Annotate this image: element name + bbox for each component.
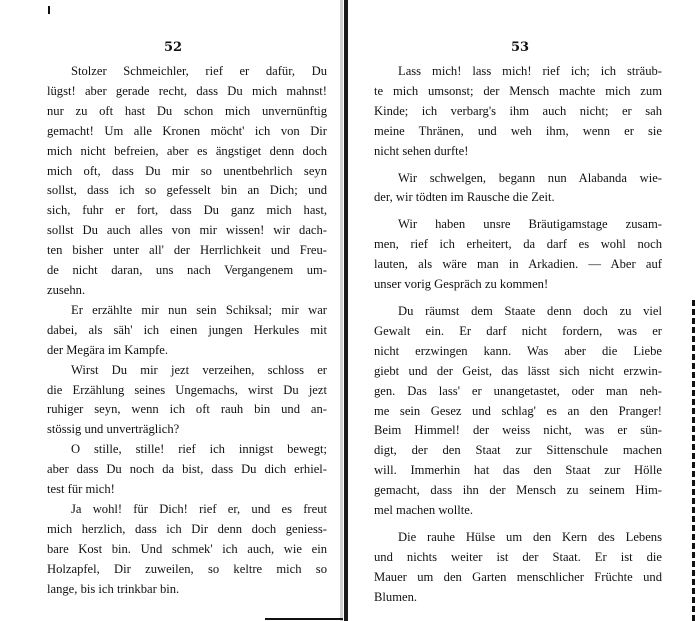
- paragraph-gap: [374, 208, 662, 215]
- text-line: und nichts weiter ist der Staat. Er ist …: [374, 548, 662, 568]
- page-number: 53: [500, 40, 540, 55]
- paragraph-gap: [374, 295, 662, 302]
- text-line: Beim Himmel! der weiss nicht, was er sün…: [374, 421, 662, 441]
- text-line: ten bisher unter all' der Herrlichkeit u…: [47, 241, 327, 261]
- text-line: der, wir tödten im Rausche die Zeit.: [374, 188, 662, 208]
- text-line: bare Kost bin. Und schmek' ich auch, wie…: [47, 540, 327, 560]
- text-line: zusehn.: [47, 281, 327, 301]
- text-line: Wirst Du mir jezt verzeihen, schloss er: [47, 361, 327, 381]
- text-line: men, rief ich erheitert, da darf es wohl…: [374, 235, 662, 255]
- text-line: gemacht! Um alle Kronen möcht' ich von D…: [47, 122, 327, 142]
- text-line: sollst Du auch alles von mir wissen! wir…: [47, 221, 327, 241]
- text-line: aber dass Du noch da bist, dass Du dich …: [47, 460, 327, 480]
- paragraph: Ja wohl! für Dich! rief er, und es freut…: [47, 500, 327, 600]
- text-line: mel machen wollte.: [374, 501, 662, 521]
- text-line: de nicht daran, uns nach Vergangenem um-: [47, 261, 327, 281]
- text-line: te mich umsonst; der Mensch machte mich …: [374, 82, 662, 102]
- text-line: Du räumst dem Staate denn doch zu viel: [374, 302, 662, 322]
- text-line: mich oft, dass Du mir so unentbehrlich s…: [47, 162, 327, 182]
- text-line: Wir schwelgen, begann nun Alabanda wie-: [374, 169, 662, 189]
- left-page: 52 Stolzer Schmeichler, rief er dafür, D…: [0, 0, 344, 621]
- text-line: lange, bis ich trinkbar bin.: [47, 580, 327, 600]
- book-spread: 52 Stolzer Schmeichler, rief er dafür, D…: [0, 0, 698, 621]
- paragraph: Wirst Du mir jezt verzeihen, schloss er …: [47, 361, 327, 441]
- text-line: digt, der den Staat zur Sittenschule mac…: [374, 441, 662, 461]
- paragraph: Stolzer Schmeichler, rief er dafür, Du l…: [47, 62, 327, 301]
- text-line: mich nicht befreien, aber es ängstiget d…: [47, 142, 327, 162]
- text-line: dabei, als säh' ich einen jungen Herkule…: [47, 321, 327, 341]
- paragraph: Du räumst dem Staate denn doch zu viel G…: [374, 302, 662, 521]
- text-line: gemacht, dass ihn der Mensch zu seinem H…: [374, 481, 662, 501]
- text-line: der Megära im Kampfe.: [47, 341, 327, 361]
- text-line: Ja wohl! für Dich! rief er, und es freut: [47, 500, 327, 520]
- paragraph: Wir schwelgen, begann nun Alabanda wie- …: [374, 169, 662, 209]
- text-line: nur zu oft hast Du schon mich unvernünft…: [47, 102, 327, 122]
- paragraph: Lass mich! lass mich! rief ich; ich strä…: [374, 62, 662, 162]
- text-line: meine Thränen, und weh ihm, wenn er sie: [374, 122, 662, 142]
- text-line: Die rauhe Hülse um den Kern des Lebens: [374, 528, 662, 548]
- paragraph: Die rauhe Hülse um den Kern des Lebens u…: [374, 528, 662, 608]
- text-line: Wir haben unsre Bräutigamstage zusam-: [374, 215, 662, 235]
- text-line: sich, fuhr er fort, dass Du ganz mich ha…: [47, 201, 327, 221]
- text-line: test für mich!: [47, 480, 327, 500]
- text-line: will. Immerhin hat das den Staat zur Höl…: [374, 461, 662, 481]
- text-line: giebt und der Geist, das lässt sich nich…: [374, 362, 662, 382]
- paragraph-gap: [374, 521, 662, 528]
- text-line: lauten, als wäre man in Arkadien. — Aber…: [374, 255, 662, 275]
- text-line: Er erzählte mir nun sein Schiksal; mir w…: [47, 301, 327, 321]
- text-line: nicht erzwingen kann. Was aber die Liebe: [374, 342, 662, 362]
- page-body: Lass mich! lass mich! rief ich; ich strä…: [374, 62, 662, 608]
- text-line: die Erzählung seines Ungemachs, wirst Du…: [47, 381, 327, 401]
- page-body: Stolzer Schmeichler, rief er dafür, Du l…: [47, 62, 327, 599]
- text-line: stössig und unverträglich?: [47, 420, 327, 440]
- right-page: 53 Lass mich! lass mich! rief ich; ich s…: [348, 0, 698, 621]
- paragraph: Er erzählte mir nun sein Schiksal; mir w…: [47, 301, 327, 361]
- text-line: Holzapfel, Dir zuweilen, so keltre mich …: [47, 560, 327, 580]
- text-line: gen. Das lass' er unangetastet, oder man…: [374, 382, 662, 402]
- text-line: lügst! aber gerade recht, dass Du mich m…: [47, 82, 327, 102]
- text-line: Gewalt ein. Er darf nicht fordern, was e…: [374, 322, 662, 342]
- text-line: sollst, dass ich so gefesselt bin an Dic…: [47, 181, 327, 201]
- text-line: Blumen.: [374, 588, 662, 608]
- text-line: Stolzer Schmeichler, rief er dafür, Du: [47, 62, 327, 82]
- paragraph-gap: [374, 162, 662, 169]
- text-line: Mauer um den Garten menschlicher Früchte…: [374, 568, 662, 588]
- page-number: 52: [153, 40, 193, 55]
- text-line: mich herzlich, dass ich Dir denn doch ge…: [47, 520, 327, 540]
- paragraph: O stille, stille! rief ich innigst beweg…: [47, 440, 327, 500]
- text-line: ruhiger seyn, wenn ich oft rauh bin und …: [47, 400, 327, 420]
- text-line: me sein Gesez und schlag' es an den Pran…: [374, 402, 662, 422]
- text-line: Kinde; ich verbarg's ihm auch nicht; er …: [374, 102, 662, 122]
- paragraph: Wir haben unsre Bräutigamstage zusam- me…: [374, 215, 662, 295]
- text-line: Lass mich! lass mich! rief ich; ich strä…: [374, 62, 662, 82]
- text-line: nicht sehen durfte!: [374, 142, 662, 162]
- text-line: unser vorig Gespräch zu kommen!: [374, 275, 662, 295]
- text-line: O stille, stille! rief ich innigst beweg…: [47, 440, 327, 460]
